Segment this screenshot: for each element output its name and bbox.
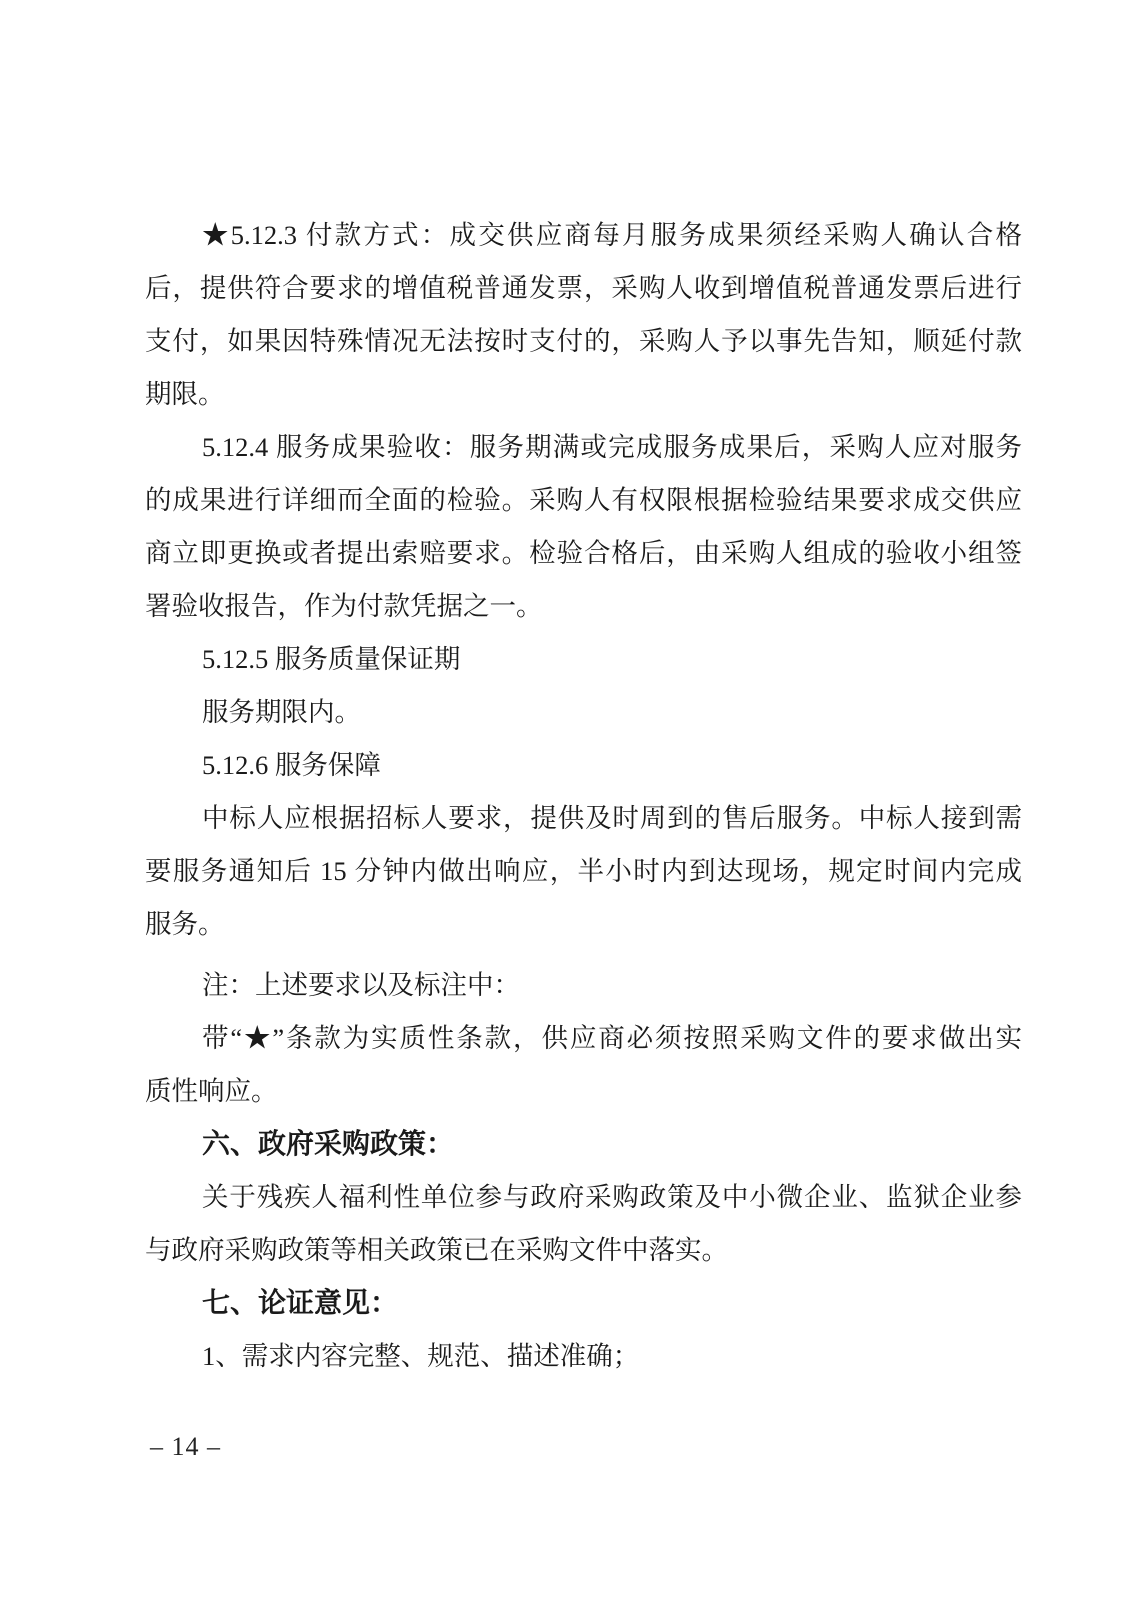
paragraph-service-period: 服务期限内。: [145, 686, 1022, 739]
section-heading-procurement-policy: 六、政府采购政策：: [145, 1118, 1022, 1171]
list-item-review-opinion-1: 1、需求内容完整、规范、描述准确；: [145, 1330, 1022, 1383]
document-page: ★5.12.3 付款方式：成交供应商每月服务成果须经采购人确认合格 后，提供符合…: [0, 0, 1131, 1600]
text-line: 服务期限内。: [145, 686, 1022, 739]
text-line: 要服务通知后 15 分钟内做出响应，半小时内到达现场，规定时间内完成: [145, 845, 1022, 898]
text-line: 后，提供符合要求的增值税普通发票，采购人收到增值税普通发票后进行: [145, 262, 1022, 315]
document-body: ★5.12.3 付款方式：成交供应商每月服务成果须经采购人确认合格 后，提供符合…: [145, 209, 1022, 1383]
text-line: 支付，如果因特殊情况无法按时支付的，采购人予以事先告知，顺延付款: [145, 315, 1022, 368]
section-heading: 七、论证意见：: [145, 1277, 1022, 1330]
paragraph-payment-terms: ★5.12.3 付款方式：成交供应商每月服务成果须经采购人确认合格 后，提供符合…: [145, 209, 1022, 421]
section-heading: 六、政府采购政策：: [145, 1118, 1022, 1171]
text-line: 5.12.4 服务成果验收：服务期满或完成服务成果后，采购人应对服务: [145, 421, 1022, 474]
text-line: 的成果进行详细而全面的检验。采购人有权限根据检验结果要求成交供应: [145, 474, 1022, 527]
text-line: ★5.12.3 付款方式：成交供应商每月服务成果须经采购人确认合格: [145, 209, 1022, 262]
paragraph-procurement-policy: 关于残疾人福利性单位参与政府采购政策及中小微企业、监狱企业参 与政府采购政策等相…: [145, 1171, 1022, 1277]
text-line: 5.12.6 服务保障: [145, 739, 1022, 792]
text-line: 1、需求内容完整、规范、描述准确；: [145, 1330, 1022, 1383]
text-line: 中标人应根据招标人要求，提供及时周到的售后服务。中标人接到需: [145, 792, 1022, 845]
text-line: 带“★”条款为实质性条款，供应商必须按照采购文件的要求做出实: [145, 1012, 1022, 1065]
text-line: 服务。: [145, 898, 1022, 951]
paragraph-note: 注：上述要求以及标注中：: [145, 959, 1022, 1012]
text-line: 期限。: [145, 368, 1022, 421]
clause-heading-quality-guarantee: 5.12.5 服务质量保证期: [145, 633, 1022, 686]
text-line: 署验收报告，作为付款凭据之一。: [145, 580, 1022, 633]
section-heading-review-opinions: 七、论证意见：: [145, 1277, 1022, 1330]
paragraph-star-clause: 带“★”条款为实质性条款，供应商必须按照采购文件的要求做出实 质性响应。: [145, 1012, 1022, 1118]
text-line: 关于残疾人福利性单位参与政府采购政策及中小微企业、监狱企业参: [145, 1171, 1022, 1224]
text-line: 注：上述要求以及标注中：: [145, 959, 1022, 1012]
text-line: 商立即更换或者提出索赔要求。检验合格后，由采购人组成的验收小组签: [145, 527, 1022, 580]
page-number: – 14 –: [150, 1430, 221, 1464]
text-line: 5.12.5 服务质量保证期: [145, 633, 1022, 686]
paragraph-after-sales-service: 中标人应根据招标人要求，提供及时周到的售后服务。中标人接到需 要服务通知后 15…: [145, 792, 1022, 951]
text-line: 质性响应。: [145, 1065, 1022, 1118]
paragraph-service-acceptance: 5.12.4 服务成果验收：服务期满或完成服务成果后，采购人应对服务 的成果进行…: [145, 421, 1022, 633]
clause-heading-service-support: 5.12.6 服务保障: [145, 739, 1022, 792]
text-line: 与政府采购政策等相关政策已在采购文件中落实。: [145, 1224, 1022, 1277]
